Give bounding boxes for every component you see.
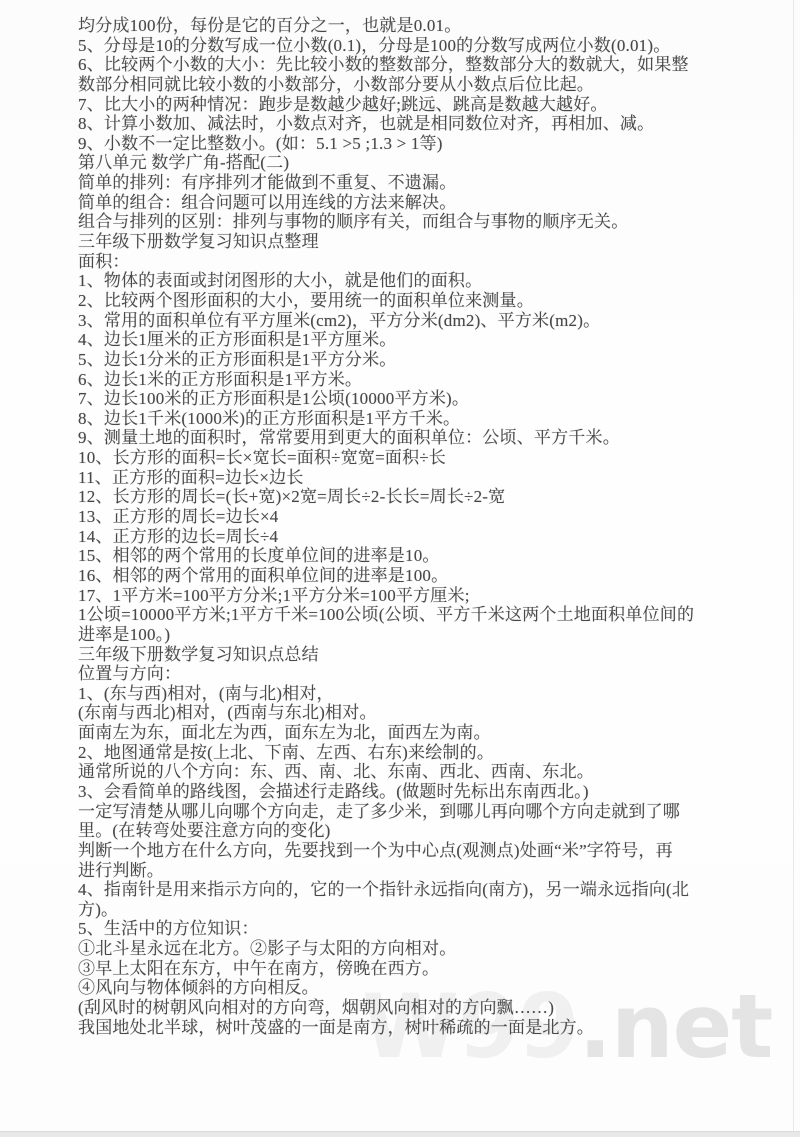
text-line: 7、比大小的两种情况：跑步是数越少越好;跳远、跳高是数越大越好。 bbox=[78, 95, 778, 115]
text-line: 位置与方向： bbox=[78, 664, 778, 684]
text-line: (刮风时的树朝风向相对的方向弯，烟朝风向相对的方向飘……) bbox=[78, 998, 778, 1018]
text-line: 一定写清楚从哪儿向哪个方向走，走了多少米，到哪儿再向哪个方向走就到了哪 bbox=[78, 802, 778, 822]
text-line: 6、比较两个小数的大小：先比较小数的整数部分，整数部分大的数就大，如果整 bbox=[78, 55, 778, 75]
text-line: ③早上太阳在东方，中午在南方，傍晚在西方。 bbox=[78, 959, 778, 979]
text-line: 8、边长1千米(1000米)的正方形面积是1平方千米。 bbox=[78, 409, 778, 429]
text-line: 11、正方形的面积=边长×边长 bbox=[78, 468, 778, 488]
text-line: 17、1平方米=100平方分米;1平方分米=100平方厘米; bbox=[78, 586, 778, 606]
text-line: 三年级下册数学复习知识点总结 bbox=[78, 645, 778, 665]
text-line: 简单的组合：组合问题可以用连线的方法来解决。 bbox=[78, 193, 778, 213]
text-line: 面南左为东，面北左为西，面东左为北，面西左为南。 bbox=[78, 723, 778, 743]
text-line: 15、相邻的两个常用的长度单位间的进率是10。 bbox=[78, 546, 778, 566]
text-line: 判断一个地方在什么方向，先要找到一个为中心点(观测点)处画“米”字符号，再 bbox=[78, 841, 778, 861]
text-line: 第八单元 数学广角-搭配(二) bbox=[78, 153, 778, 173]
text-line: ①北斗星永远在北方。②影子与太阳的方向相对。 bbox=[78, 939, 778, 959]
text-line: 1、(东与西)相对，(南与北)相对， bbox=[78, 684, 778, 704]
text-line: 5、边长1分米的正方形面积是1平方分米。 bbox=[78, 350, 778, 370]
text-line: 2、地图通常是按(上北、下南、左西、右东)来绘制的。 bbox=[78, 743, 778, 763]
text-line: 5、分母是10的分数写成一位小数(0.1)，分母是100的分数写成两位小数(0.… bbox=[78, 36, 778, 56]
text-line: 1、物体的表面或封闭图形的大小，就是他们的面积。 bbox=[78, 271, 778, 291]
text-line: 简单的排列：有序排列才能做到不重复、不遗漏。 bbox=[78, 173, 778, 193]
text-line: 4、边长1厘米的正方形面积是1平方厘米。 bbox=[78, 330, 778, 350]
text-line: 6、边长1米的正方形面积是1平方米。 bbox=[78, 370, 778, 390]
text-line: 1公顷=10000平方米;1平方千米=100公顷(公顷、平方千米这两个土地面积单… bbox=[78, 605, 778, 625]
text-line: 数部分相同就比较小数的小数部分，小数部分要从小数点后位比起。 bbox=[78, 75, 778, 95]
text-line: 2、比较两个图形面积的大小，要用统一的面积单位来测量。 bbox=[78, 291, 778, 311]
text-line: 通常所说的八个方向：东、西、南、北、东南、西北、西南、东北。 bbox=[78, 762, 778, 782]
text-line: 3、会看简单的路线图，会描述行走路线。(做题时先标出东南西北。) bbox=[78, 782, 778, 802]
document-page: W99.net 均分成100份，每份是它的百分之一，也就是0.01。5、分母是1… bbox=[0, 0, 800, 1137]
document-lines: 均分成100份，每份是它的百分之一，也就是0.01。5、分母是10的分数写成一位… bbox=[78, 16, 778, 1037]
text-line: 8、计算小数加、减法时，小数点对齐，也就是相同数位对齐，再相加、减。 bbox=[78, 114, 778, 134]
text-line: 我国地处北半球，树叶茂盛的一面是南方，树叶稀疏的一面是北方。 bbox=[78, 1018, 778, 1038]
text-line: 12、长方形的周长=(长+宽)×2宽=周长÷2-长长=周长÷2-宽 bbox=[78, 487, 778, 507]
text-line: 9、小数不一定比整数小。(如：5.1 >5 ;1.3 > 1等) bbox=[78, 134, 778, 154]
page-right-edge bbox=[793, 0, 794, 1131]
text-line: 3、常用的面积单位有平方厘米(cm2)，平方分米(dm2)、平方米(m2)。 bbox=[78, 311, 778, 331]
text-line: 组合与排列的区别：排列与事物的顺序有关，而组合与事物的顺序无关。 bbox=[78, 212, 778, 232]
text-line: ④风向与物体倾斜的方向相反。 bbox=[78, 978, 778, 998]
page-bottom-edge bbox=[0, 1131, 800, 1137]
text-line: 5、生活中的方位知识： bbox=[78, 919, 778, 939]
text-line: 进率是100。) bbox=[78, 625, 778, 645]
text-line: 7、边长100米的正方形面积是1公顷(10000平方米)。 bbox=[78, 389, 778, 409]
text-line: 进行判断。 bbox=[78, 861, 778, 881]
text-line: 均分成100份，每份是它的百分之一，也就是0.01。 bbox=[78, 16, 778, 36]
document-text: 均分成100份，每份是它的百分之一，也就是0.01。5、分母是10的分数写成一位… bbox=[78, 16, 778, 1037]
text-line: 三年级下册数学复习知识点整理 bbox=[78, 232, 778, 252]
text-line: 面积： bbox=[78, 252, 778, 272]
text-line: 16、相邻的两个常用的面积单位间的进率是100。 bbox=[78, 566, 778, 586]
text-line: 方)。 bbox=[78, 900, 778, 920]
text-line: 里。(在转弯处要注意方向的变化) bbox=[78, 821, 778, 841]
text-line: 14、正方形的边长=周长÷4 bbox=[78, 527, 778, 547]
text-line: (东南与西北)相对，(西南与东北)相对。 bbox=[78, 703, 778, 723]
text-line: 4、指南针是用来指示方向的，它的一个指针永远指向(南方)，另一端永远指向(北 bbox=[78, 880, 778, 900]
text-line: 10、长方形的面积=长×宽长=面积÷宽宽=面积÷长 bbox=[78, 448, 778, 468]
text-line: 13、正方形的周长=边长×4 bbox=[78, 507, 778, 527]
text-line: 9、测量土地的面积时，常常要用到更大的面积单位：公顷、平方千米。 bbox=[78, 428, 778, 448]
